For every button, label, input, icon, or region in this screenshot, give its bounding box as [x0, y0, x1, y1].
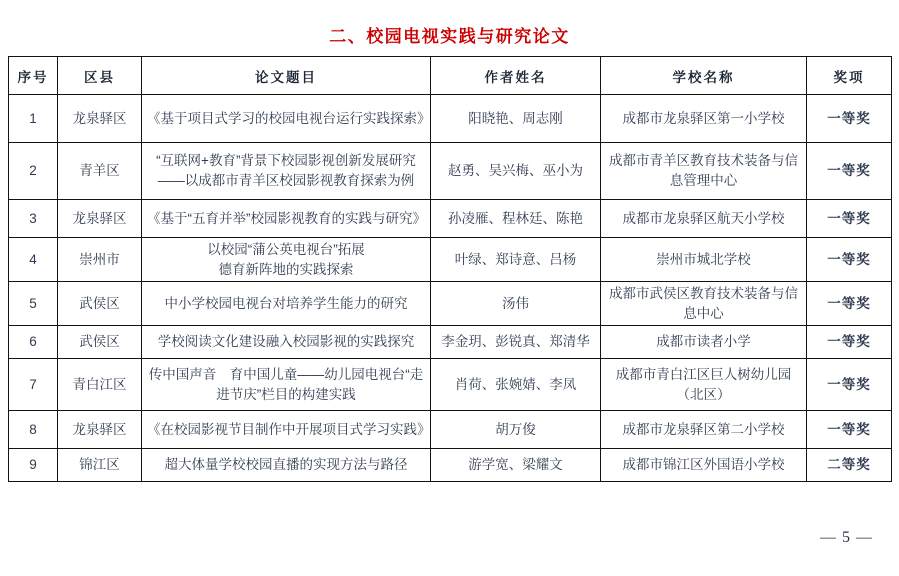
- cell-school: 成都市锦江区外国语小学校: [601, 449, 807, 482]
- table-header: 序号 区县 论文题目 作者姓名 学校名称 奖项: [9, 57, 892, 95]
- cell-district: 龙泉驿区: [58, 411, 142, 449]
- table-row: 1 龙泉驿区 《基于项目式学习的校园电视台运行实践探索》 阳晓艳、周志刚 成都市…: [9, 95, 892, 143]
- cell-school: 成都市龙泉驿区航天小学校: [601, 200, 807, 238]
- header-cell-authors: 作者姓名: [431, 57, 601, 95]
- table-row: 3 龙泉驿区 《基于“五育并举”校园影视教育的实践与研究》 孙凌雁、程林廷、陈艳…: [9, 200, 892, 238]
- cell-award: 一等奖: [807, 326, 892, 359]
- cell-award: 一等奖: [807, 143, 892, 200]
- cell-district: 青羊区: [58, 143, 142, 200]
- cell-no: 6: [9, 326, 58, 359]
- cell-district: 龙泉驿区: [58, 95, 142, 143]
- cell-authors: 孙凌雁、程林廷、陈艳: [431, 200, 601, 238]
- cell-no: 4: [9, 238, 58, 282]
- cell-paper-title: 《基于项目式学习的校园电视台运行实践探索》: [142, 95, 431, 143]
- header-cell-title: 论文题目: [142, 57, 431, 95]
- page-number: — 5 —: [820, 529, 873, 547]
- cell-no: 7: [9, 359, 58, 411]
- cell-no: 5: [9, 282, 58, 326]
- cell-school: 成都市龙泉驿区第二小学校: [601, 411, 807, 449]
- cell-paper-title: 《基于“五育并举”校园影视教育的实践与研究》: [142, 200, 431, 238]
- cell-award: 一等奖: [807, 95, 892, 143]
- cell-paper-title: 中小学校园电视台对培养学生能力的研究: [142, 282, 431, 326]
- cell-award: 二等奖: [807, 449, 892, 482]
- cell-no: 1: [9, 95, 58, 143]
- cell-school: 成都市青白江区巨人树幼儿园（北区）: [601, 359, 807, 411]
- table-header-row: 序号 区县 论文题目 作者姓名 学校名称 奖项: [9, 57, 892, 95]
- header-cell-no: 序号: [9, 57, 58, 95]
- cell-paper-title: 学校阅读文化建设融入校园影视的实践探究: [142, 326, 431, 359]
- cell-authors: 阳晓艳、周志刚: [431, 95, 601, 143]
- table-row: 7 青白江区 传中国声音 育中国儿童——幼儿园电视台“走进节庆”栏目的构建实践 …: [9, 359, 892, 411]
- cell-authors: 赵勇、吴兴梅、巫小为: [431, 143, 601, 200]
- cell-award: 一等奖: [807, 238, 892, 282]
- cell-authors: 胡万俊: [431, 411, 601, 449]
- cell-school: 成都市龙泉驿区第一小学校: [601, 95, 807, 143]
- cell-district: 武侯区: [58, 282, 142, 326]
- table-row: 5 武侯区 中小学校园电视台对培养学生能力的研究 汤伟 成都市武侯区教育技术装备…: [9, 282, 892, 326]
- table-row: 9 锦江区 超大体量学校校园直播的实现方法与路径 游学宽、梁耀文 成都市锦江区外…: [9, 449, 892, 482]
- cell-authors: 汤伟: [431, 282, 601, 326]
- cell-no: 2: [9, 143, 58, 200]
- cell-district: 龙泉驿区: [58, 200, 142, 238]
- award-table: 序号 区县 论文题目 作者姓名 学校名称 奖项 1 龙泉驿区 《基于项目式学习的…: [8, 56, 892, 482]
- header-cell-district: 区县: [58, 57, 142, 95]
- cell-paper-title: “互联网+教育”背景下校园影视创新发展研究——以成都市青羊区校园影视教育探索为例: [142, 143, 431, 200]
- cell-authors: 肖荷、张婉婧、李凤: [431, 359, 601, 411]
- cell-authors: 游学宽、梁耀文: [431, 449, 601, 482]
- cell-district: 青白江区: [58, 359, 142, 411]
- cell-school: 成都市青羊区教育技术装备与信息管理中心: [601, 143, 807, 200]
- table-row: 8 龙泉驿区 《在校园影视节目制作中开展项目式学习实践》 胡万俊 成都市龙泉驿区…: [9, 411, 892, 449]
- cell-paper-title: 《在校园影视节目制作中开展项目式学习实践》: [142, 411, 431, 449]
- table-row: 2 青羊区 “互联网+教育”背景下校园影视创新发展研究——以成都市青羊区校园影视…: [9, 143, 892, 200]
- cell-paper-title: 传中国声音 育中国儿童——幼儿园电视台“走进节庆”栏目的构建实践: [142, 359, 431, 411]
- cell-school: 成都市武侯区教育技术装备与信息中心: [601, 282, 807, 326]
- cell-award: 一等奖: [807, 200, 892, 238]
- header-cell-school: 学校名称: [601, 57, 807, 95]
- cell-no: 9: [9, 449, 58, 482]
- cell-school: 崇州市城北学校: [601, 238, 807, 282]
- cell-district: 锦江区: [58, 449, 142, 482]
- cell-district: 武侯区: [58, 326, 142, 359]
- cell-paper-title: 超大体量学校校园直播的实现方法与路径: [142, 449, 431, 482]
- cell-award: 一等奖: [807, 411, 892, 449]
- table-body: 1 龙泉驿区 《基于项目式学习的校园电视台运行实践探索》 阳晓艳、周志刚 成都市…: [9, 95, 892, 482]
- cell-paper-title: 以校园“蒲公英电视台”拓展 德育新阵地的实践探索: [142, 238, 431, 282]
- cell-authors: 叶绿、郑诗意、吕杨: [431, 238, 601, 282]
- cell-school: 成都市读者小学: [601, 326, 807, 359]
- header-cell-award: 奖项: [807, 57, 892, 95]
- document-page: 二、校园电视实践与研究论文 序号 区县 论文题目 作者姓名 学校名称 奖项 1 …: [0, 22, 899, 482]
- cell-award: 一等奖: [807, 282, 892, 326]
- cell-no: 8: [9, 411, 58, 449]
- cell-award: 一等奖: [807, 359, 892, 411]
- page-title: 二、校园电视实践与研究论文: [0, 22, 899, 47]
- cell-no: 3: [9, 200, 58, 238]
- cell-authors: 李金玥、彭锐真、郑清华: [431, 326, 601, 359]
- table-row: 6 武侯区 学校阅读文化建设融入校园影视的实践探究 李金玥、彭锐真、郑清华 成都…: [9, 326, 892, 359]
- cell-district: 崇州市: [58, 238, 142, 282]
- table-row: 4 崇州市 以校园“蒲公英电视台”拓展 德育新阵地的实践探索 叶绿、郑诗意、吕杨…: [9, 238, 892, 282]
